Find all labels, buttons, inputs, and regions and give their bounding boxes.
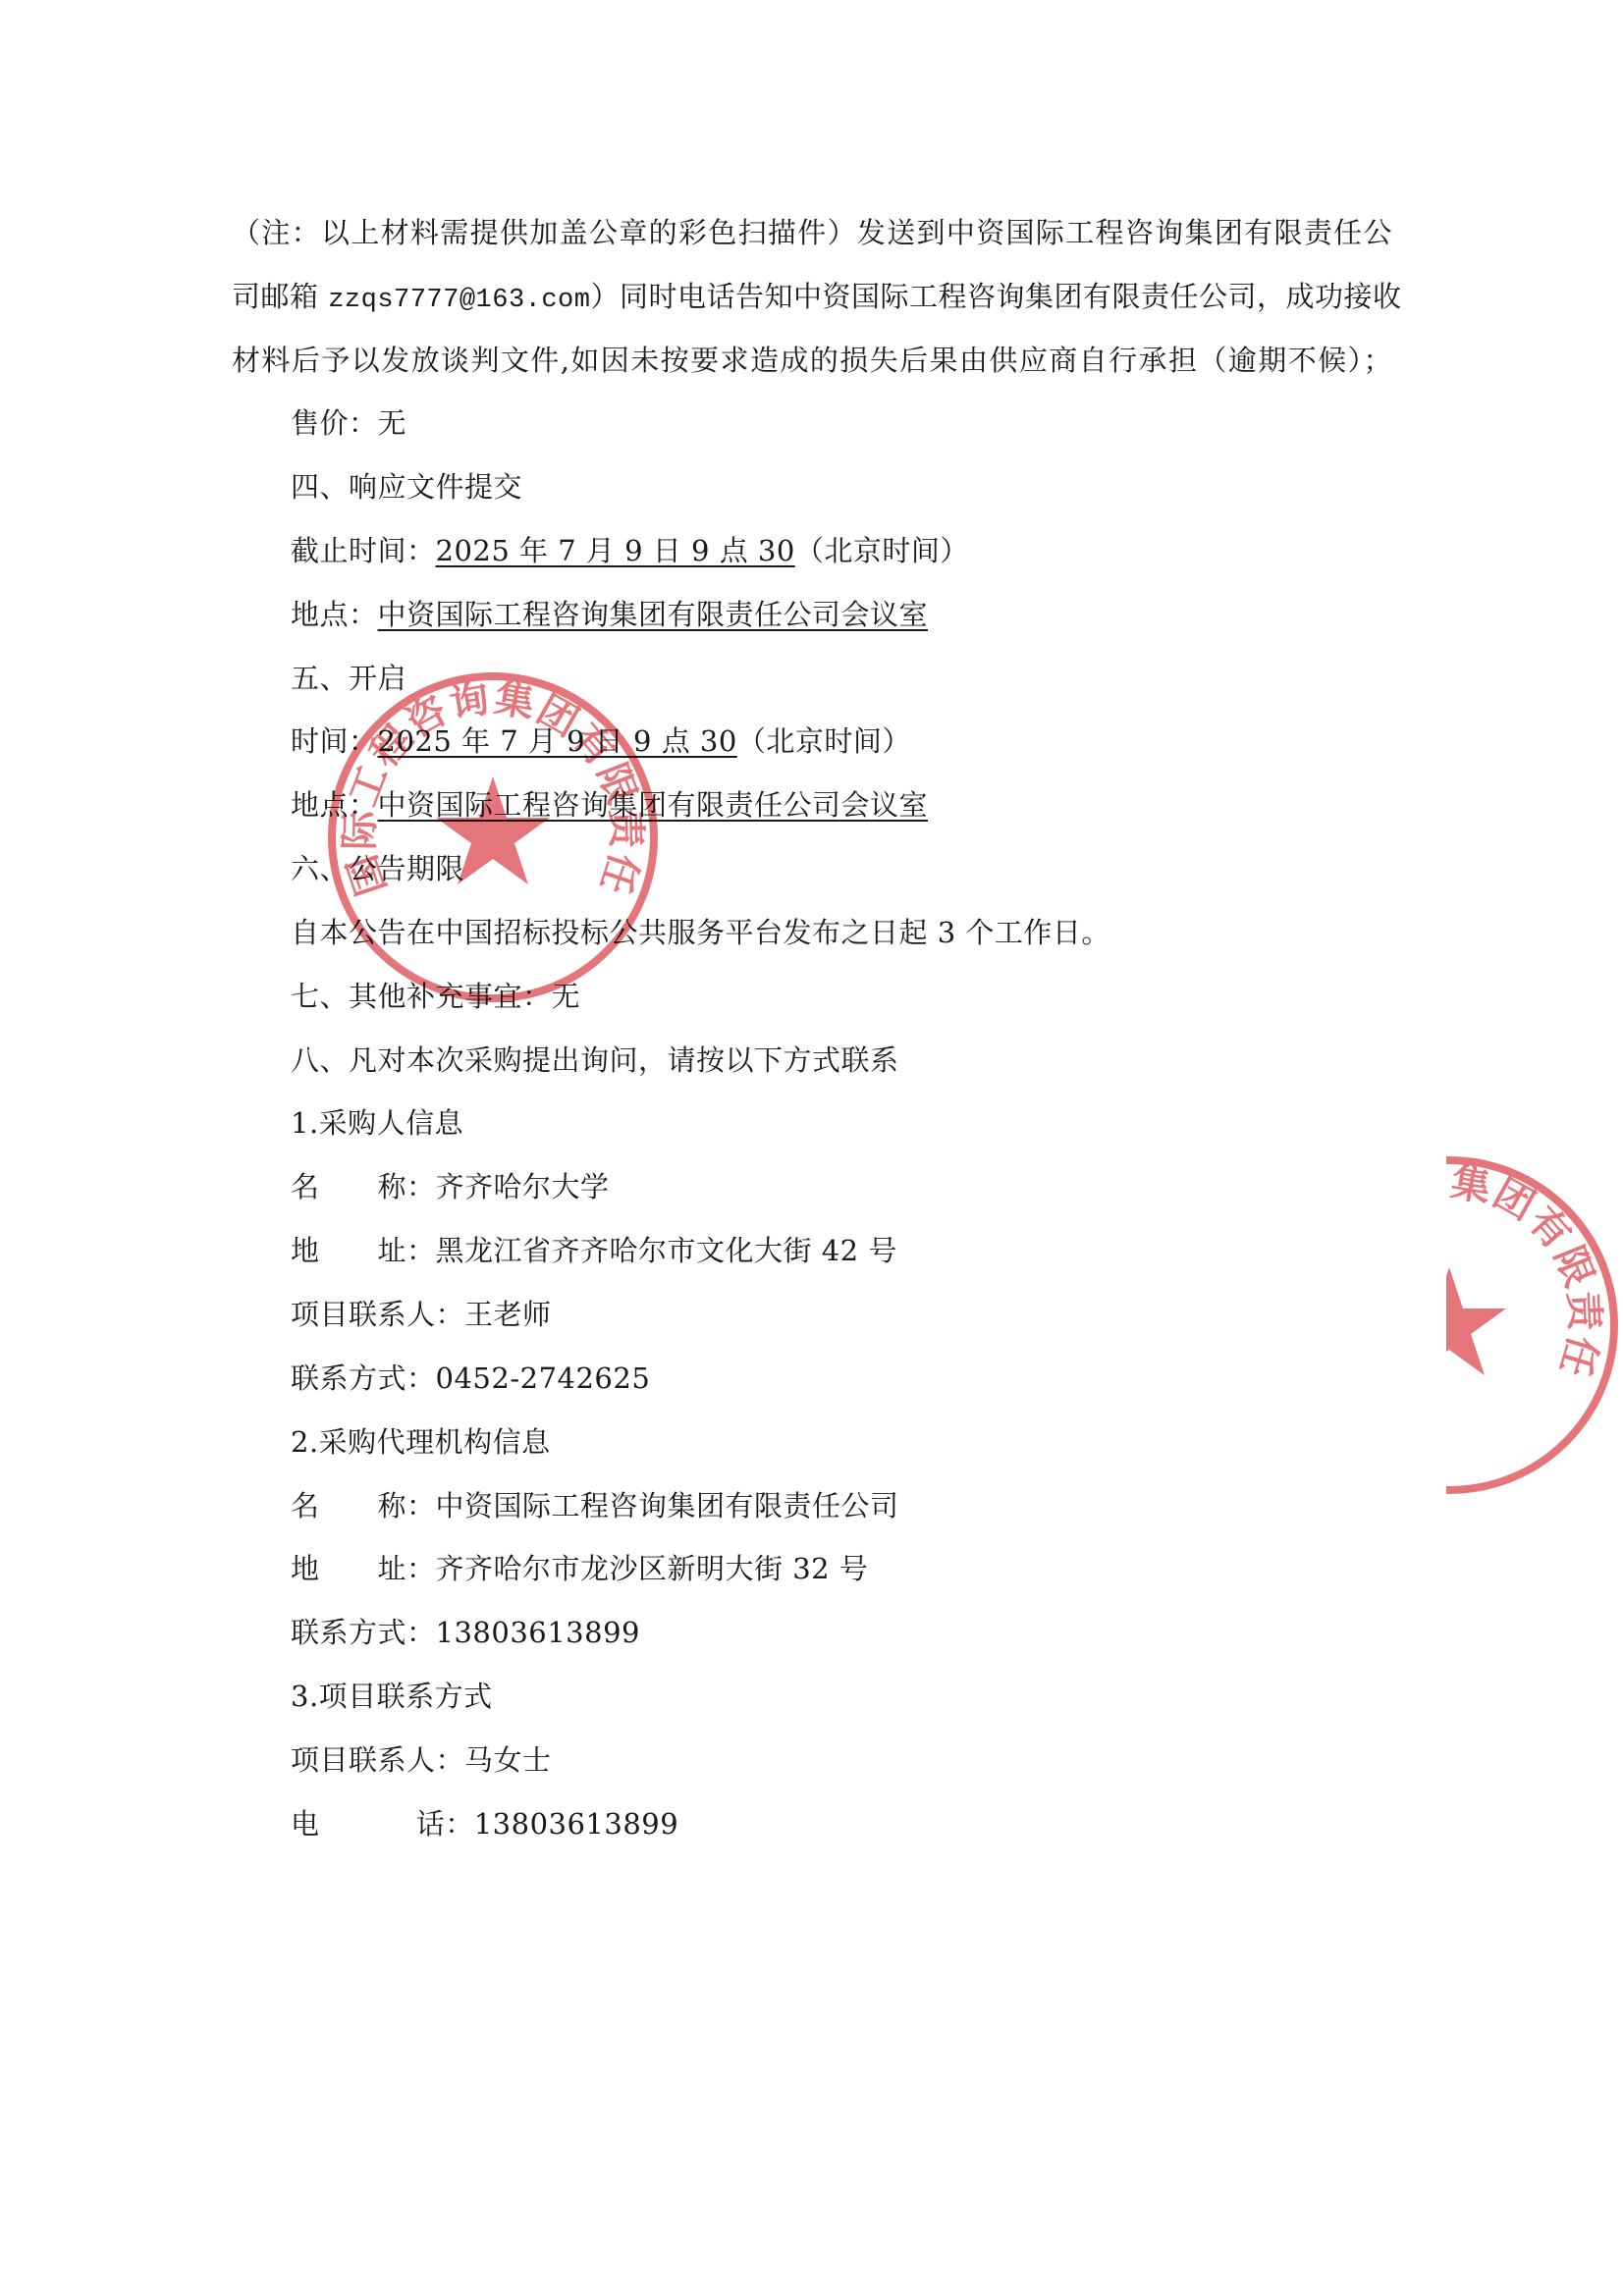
price-label: 售价： <box>291 406 378 440</box>
project-contact-line: 项目联系人：马女士 <box>291 1740 552 1780</box>
purchaser-name-line: 名 称：齐齐哈尔大学 <box>291 1167 610 1206</box>
intro-line-3: 材料后予以发放谈判文件,如因未按要求造成的损失后果由供应商自行承担（逾期不候）； <box>232 341 1392 380</box>
project-contact-title: 3.项目联系方式 <box>291 1677 493 1716</box>
price-line: 售价：无 <box>291 403 406 443</box>
paging-seal-stamp: 中资国际工程咨询集团有限责任公司 <box>1446 1153 1623 1497</box>
deadline-value: 2025 年 7 月 9 日 9 点 30 <box>436 534 795 567</box>
purchaser-title: 1.采购人信息 <box>291 1103 463 1143</box>
svg-text:中资国际工程咨询集团有限责任公司: 中资国际工程咨询集团有限责任公司 <box>1446 1153 1607 1383</box>
agency-address-label: 地 址： <box>291 1552 436 1585</box>
section5-heading: 五、开启 <box>291 659 406 698</box>
intro-text-2a: 司邮箱 <box>232 280 328 313</box>
section6-heading: 六、公告期限 <box>291 849 464 888</box>
email-link[interactable]: zzqs7777@163.com <box>328 286 590 315</box>
submit-location-label: 地点： <box>291 598 378 631</box>
agency-name-label: 名 称： <box>291 1489 436 1522</box>
seal-icon: 中资国际工程咨询集团有限责任公司 <box>324 668 662 1006</box>
purchaser-contact-line: 项目联系人：王老师 <box>291 1295 552 1334</box>
opening-location-value: 中资国际工程咨询集团有限责任公司会议室 <box>378 788 929 822</box>
opening-location-label: 地点： <box>291 788 378 822</box>
purchaser-phone-label: 联系方式： <box>291 1362 436 1395</box>
purchaser-phone: 0452-2742625 <box>436 1362 651 1395</box>
opening-time-line: 时间：2025 年 7 月 9 日 9 点 30（北京时间） <box>291 721 911 761</box>
opening-time-suffix: （北京时间） <box>737 724 911 758</box>
intro-text-3: 材料后予以发放谈判文件,如因未按要求造成的损失后果由供应商自行承担（逾期不候）； <box>232 344 1392 377</box>
purchaser-phone-line: 联系方式：0452-2742625 <box>291 1359 650 1398</box>
project-phone-line: 电 话：13803613899 <box>291 1804 678 1843</box>
section4-heading: 四、响应文件提交 <box>291 467 522 507</box>
section7-heading: 七、其他补充事宜：无 <box>291 977 580 1016</box>
opening-time-label: 时间： <box>291 724 378 758</box>
purchaser-contact: 王老师 <box>464 1298 552 1331</box>
agency-phone-line: 联系方式：13803613899 <box>291 1613 640 1652</box>
purchaser-address: 黑龙江省齐齐哈尔市文化大街 42 号 <box>436 1234 897 1267</box>
agency-name: 中资国际工程咨询集团有限责任公司 <box>436 1489 899 1522</box>
company-seal-stamp: 中资国际工程咨询集团有限责任公司 <box>324 668 662 1006</box>
agency-title: 2.采购代理机构信息 <box>291 1422 551 1462</box>
project-phone-label: 电 话： <box>291 1807 474 1841</box>
agency-address-line: 地 址：齐齐哈尔市龙沙区新明大街 32 号 <box>291 1549 868 1588</box>
notice-period-text: 自本公告在中国招标投标公共服务平台发布之日起 3 个工作日。 <box>291 913 1110 952</box>
deadline-label: 截止时间： <box>291 534 436 567</box>
intro-line-2: 司邮箱 zzqs7777@163.com）同时电话告知中资国际工程咨询集团有限责… <box>232 277 1392 316</box>
agency-address: 齐齐哈尔市龙沙区新明大街 32 号 <box>436 1552 869 1585</box>
seal-text: 中资国际工程咨询集团有限责任公司 <box>1446 1153 1607 1383</box>
purchaser-address-label: 地 址： <box>291 1234 436 1267</box>
intro-text-1: （注：以上材料需提供加盖公章的彩色扫描件）发送到中资国际工程咨询集团有限责任公 <box>232 216 1392 249</box>
deadline-suffix: （北京时间） <box>795 534 969 567</box>
opening-time-value: 2025 年 7 月 9 日 9 点 30 <box>378 724 737 758</box>
document-page: （注：以上材料需提供加盖公章的彩色扫描件）发送到中资国际工程咨询集团有限责任公 … <box>0 0 1623 2296</box>
project-contact-name: 马女士 <box>464 1743 552 1777</box>
seal-icon: 中资国际工程咨询集团有限责任公司 <box>1446 1153 1621 1497</box>
star-icon <box>1446 1267 1506 1375</box>
opening-location-line: 地点：中资国际工程咨询集团有限责任公司会议室 <box>291 785 928 825</box>
agency-name-line: 名 称：中资国际工程咨询集团有限责任公司 <box>291 1486 899 1525</box>
agency-phone-label: 联系方式： <box>291 1616 436 1649</box>
purchaser-address-line: 地 址：黑龙江省齐齐哈尔市文化大街 42 号 <box>291 1231 897 1270</box>
project-phone: 13803613899 <box>474 1807 678 1841</box>
agency-phone: 13803613899 <box>436 1616 640 1649</box>
purchaser-contact-label: 项目联系人： <box>291 1298 464 1331</box>
submit-location-value: 中资国际工程咨询集团有限责任公司会议室 <box>378 598 929 631</box>
project-contact-label: 项目联系人： <box>291 1743 464 1777</box>
purchaser-name: 齐齐哈尔大学 <box>436 1170 610 1203</box>
intro-line-1: （注：以上材料需提供加盖公章的彩色扫描件）发送到中资国际工程咨询集团有限责任公 <box>232 213 1392 252</box>
price-value: 无 <box>378 406 407 440</box>
purchaser-name-label: 名 称： <box>291 1170 436 1203</box>
deadline-line: 截止时间：2025 年 7 月 9 日 9 点 30（北京时间） <box>291 531 969 570</box>
section8-heading: 八、凡对本次采购提出询问，请按以下方式联系 <box>291 1041 899 1080</box>
intro-text-2b: ）同时电话告知中资国际工程咨询集团有限责任公司，成功接收 <box>590 280 1401 313</box>
submit-location-line: 地点：中资国际工程咨询集团有限责任公司会议室 <box>291 595 928 634</box>
